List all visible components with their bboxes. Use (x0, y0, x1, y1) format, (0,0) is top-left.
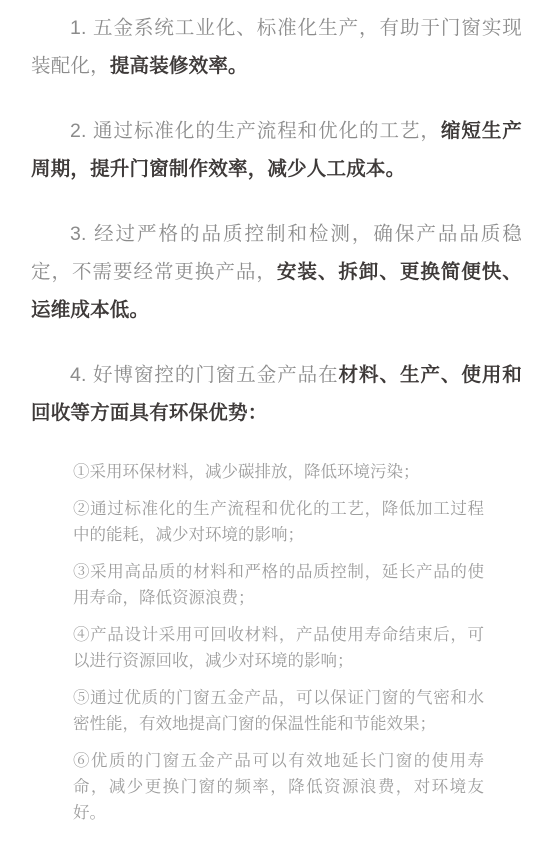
eco-benefits-list: ①采用环保材料，减少碳排放，降低环境污染； ②通过标准化的生产流程和优化的工艺，… (31, 459, 522, 826)
paragraph-1: 1. 五金系统工业化、标准化生产，有助于门窗实现装配化，提高装修效率。 (31, 9, 522, 85)
paragraph-2-regular-text: 2. 通过标准化的生产流程和优化的工艺， (70, 120, 441, 142)
paragraph-4: 4. 好博窗控的门窗五金产品在材料、生产、使用和回收等方面具有环保优势： (31, 356, 522, 432)
paragraph-3: 3. 经过严格的品质控制和检测，确保产品品质稳定，不需要经常更换产品，安装、拆卸… (31, 215, 522, 329)
paragraph-4-regular-text: 4. 好博窗控的门窗五金产品在 (70, 364, 339, 386)
paragraph-2: 2. 通过标准化的生产流程和优化的工艺，缩短生产周期，提升门窗制作效率，减少人工… (31, 112, 522, 188)
paragraph-1-bold-text: 提高装修效率。 (110, 55, 248, 77)
eco-benefit-item-5: ⑤通过优质的门窗五金产品，可以保证门窗的气密和水密性能，有效地提高门窗的保温性能… (73, 685, 484, 737)
benefit-paragraphs: 1. 五金系统工业化、标准化生产，有助于门窗实现装配化，提高装修效率。 2. 通… (31, 9, 522, 432)
eco-benefit-item-4: ④产品设计采用可回收材料，产品使用寿命结束后，可以进行资源回收，减少对环境的影响… (73, 622, 484, 674)
eco-benefit-item-2: ②通过标准化的生产流程和优化的工艺，降低加工过程中的能耗，减少对环境的影响； (73, 496, 484, 548)
eco-benefit-item-1: ①采用环保材料，减少碳排放，降低环境污染； (73, 459, 484, 485)
eco-benefit-item-6: ⑥优质的门窗五金产品可以有效地延长门窗的使用寿命，减少更换门窗的频率，降低资源浪… (73, 748, 484, 826)
document-page: 1. 五金系统工业化、标准化生产，有助于门窗实现装配化，提高装修效率。 2. 通… (0, 0, 553, 862)
eco-benefit-item-3: ③采用高品质的材料和严格的品质控制，延长产品的使用寿命，降低资源浪费； (73, 559, 484, 611)
paragraph-1-regular-text: 1. 五金系统工业化、标准化生产，有助于门窗实现装配化， (31, 17, 522, 77)
